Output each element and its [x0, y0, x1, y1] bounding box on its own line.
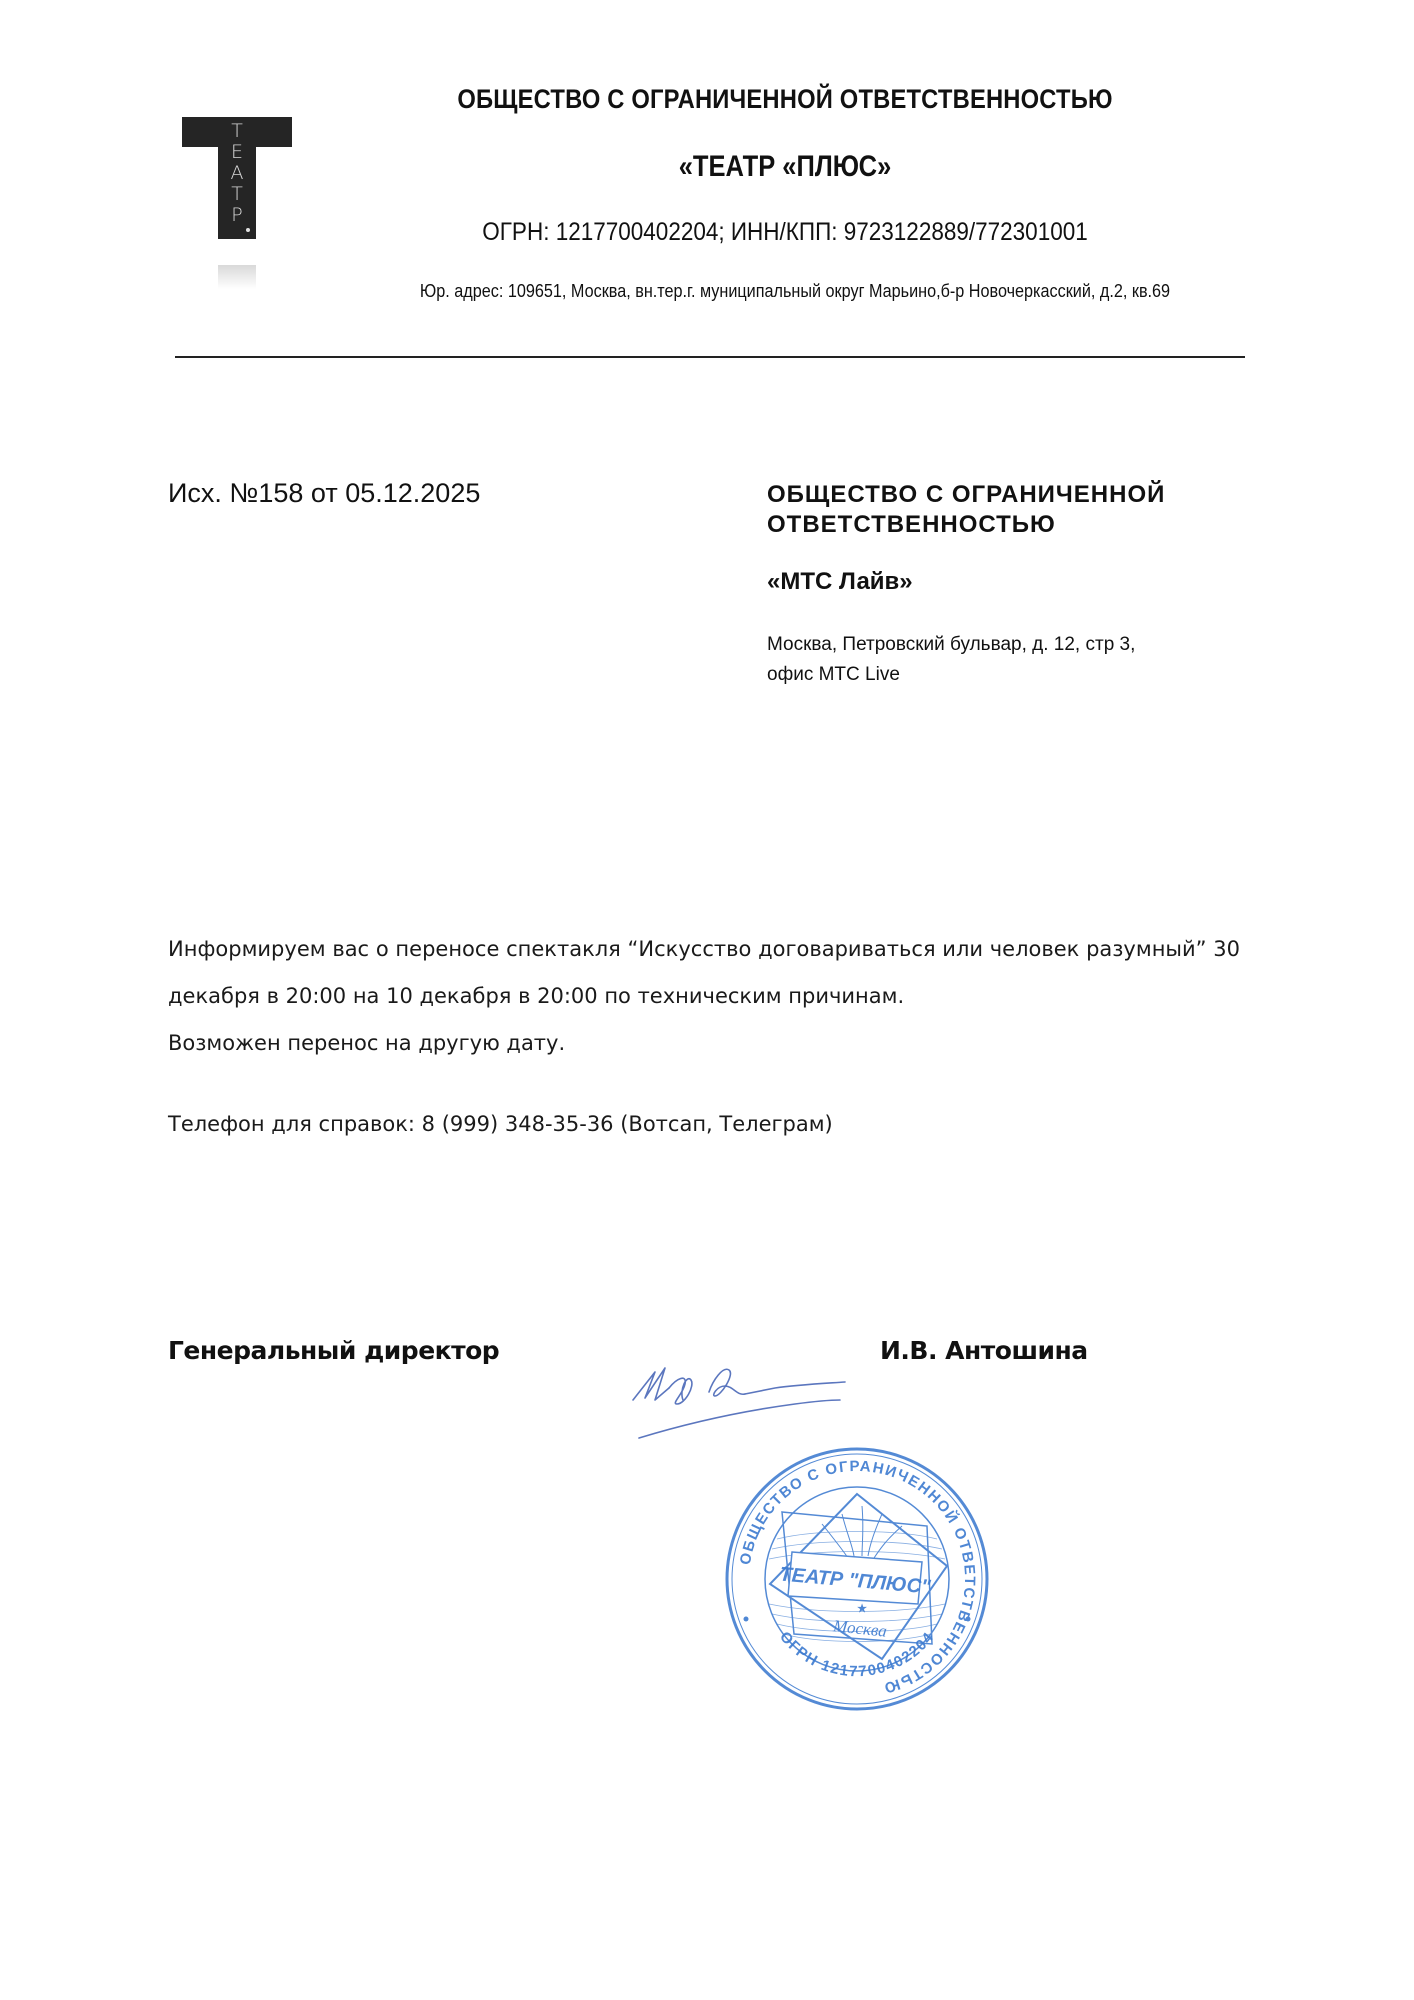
- recipient-org-type: ОБЩЕСТВО С ОГРАНИЧЕННОЙ ОТВЕТСТВЕННОСТЬЮ: [767, 480, 1237, 540]
- handwritten-signature-icon: [625, 1360, 855, 1445]
- body-paragraph: Информируем вас о переносе спектакля “Ис…: [168, 926, 1240, 1020]
- logo-reflection: [218, 265, 256, 289]
- outgoing-reference: Исх. №158 от 05.12.2025: [168, 478, 480, 509]
- letterhead-divider: [175, 356, 1245, 358]
- recipient-address-line: Москва, Петровский бульвар, д. 12, стр 3…: [767, 630, 1237, 660]
- letterhead-registration: ОГРН: 1217700402204; ИНН/КПП: 9723122889…: [421, 218, 1150, 247]
- company-logo: Т Е А Т Р: [182, 117, 292, 297]
- logo-letters: Т Е А Т Р: [218, 121, 256, 226]
- recipient-address-line: офис МТС Live: [767, 660, 1237, 690]
- recipient-org-type-line: ОТВЕТСТВЕННОСТЬЮ: [767, 510, 1237, 540]
- letterhead-org-type: ОБЩЕСТВО С ОГРАНИЧЕННОЙ ОТВЕТСТВЕННОСТЬЮ: [429, 84, 1142, 115]
- company-seal-stamp-icon: ОБЩЕСТВО С ОГРАНИЧЕННОЙ ОТВЕТСТВЕННОСТЬЮ…: [722, 1444, 992, 1714]
- letterhead-address: Юр. адрес: 109651, Москва, вн.тер.г. мун…: [368, 281, 1223, 302]
- stamp-star-icon: ★: [857, 1603, 867, 1615]
- logo-letter: А: [218, 163, 256, 184]
- contact-phone-line: Телефон для справок: 8 (999) 348-35-36 (…: [168, 1112, 833, 1136]
- logo-letter: Р: [218, 205, 256, 226]
- recipient-address: Москва, Петровский бульвар, д. 12, стр 3…: [767, 630, 1237, 690]
- logo-dot-icon: [246, 228, 250, 232]
- body-note: Возможен перенос на другую дату.: [168, 1020, 1240, 1067]
- signatory-name: И.В. Антошина: [880, 1336, 1088, 1365]
- recipient-org-type-line: ОБЩЕСТВО С ОГРАНИЧЕННОЙ: [767, 480, 1237, 510]
- logo-letter: Т: [218, 184, 256, 205]
- recipient-block: ОБЩЕСТВО С ОГРАНИЧЕННОЙ ОТВЕТСТВЕННОСТЬЮ…: [767, 480, 1237, 690]
- logo-letter: Т: [218, 121, 256, 142]
- signatory-position: Генеральный директор: [168, 1336, 499, 1365]
- letterhead-org-name: «ТЕАТР «ПЛЮС»: [441, 150, 1130, 184]
- logo-letter: Е: [218, 142, 256, 163]
- recipient-org-name: «МТС Лайв»: [767, 568, 1237, 596]
- letter-body: Информируем вас о переносе спектакля “Ис…: [168, 926, 1240, 1067]
